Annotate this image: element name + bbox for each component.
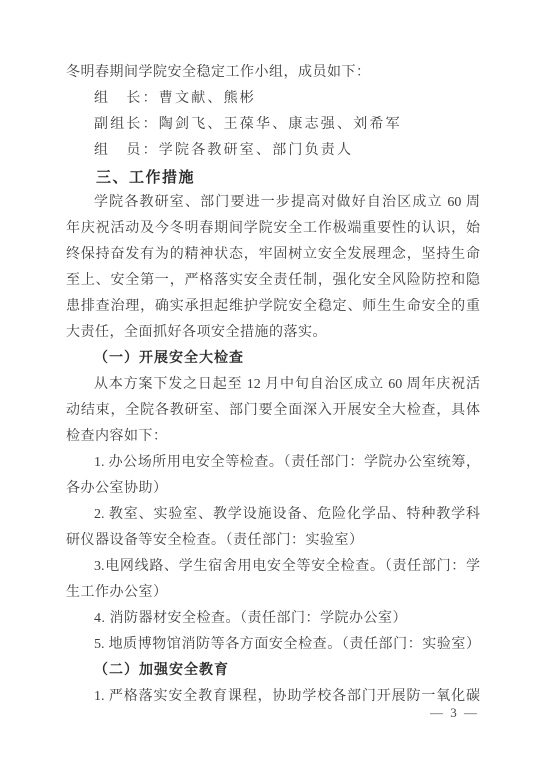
section-heading-work-measures: 三、工作措施 (66, 164, 480, 190)
list-item-1-line: 各办公室协助） (66, 476, 480, 502)
list-item-3-line: 3.电网线路、学生宿舍用电安全等安全检查。（责任部门：学 (66, 554, 480, 580)
roster-line-deputy-leaders: 副组长：陶剑飞、王葆华、康志强、刘希军 (66, 112, 480, 138)
list-item-1-line: 1. 严格落实安全教育课程，协助学校各部门开展防一氧化碳 (66, 684, 480, 710)
body-line: 检查内容如下： (66, 424, 480, 450)
body-line: 学院各教研室、部门要进一步提高对做好自治区成立 60 周 (66, 190, 480, 216)
document-page: 冬明春期间学院安全稳定工作小组，成员如下： 组 长：曹文献、熊彬 副组长：陶剑飞… (0, 0, 543, 768)
list-item-5-line: 5. 地质博物馆消防等各方面安全检查。（责任部门：实验室） (66, 632, 480, 658)
body-line: 患排查治理，确实承担起维护学院安全稳定、师生生命安全的重 (66, 294, 480, 320)
document-body: 冬明春期间学院安全稳定工作小组，成员如下： 组 长：曹文献、熊彬 副组长：陶剑飞… (66, 60, 480, 710)
list-item-2-line: 2. 教室、实验室、教学设施设备、危险化学品、特种教学科 (66, 502, 480, 528)
roster-line-members: 组 员：学院各教研室、部门负责人 (66, 138, 480, 164)
body-line: 至上、安全第一，严格落实安全责任制，强化安全风险防控和隐 (66, 268, 480, 294)
subsection-heading-safety-education: （二）加强安全教育 (66, 658, 480, 684)
body-line: 终保持奋发有为的精神状态，牢固树立安全发展理念，坚持生命 (66, 242, 480, 268)
list-item-2-line: 研仪器设备等安全检查。（责任部门：实验室） (66, 528, 480, 554)
body-line: 年庆祝活动及今冬明春期间学院安全工作极端重要性的认识，始 (66, 216, 480, 242)
body-line: 从本方案下发之日起至 12 月中旬自治区成立 60 周年庆祝活 (66, 372, 480, 398)
body-line: 大责任，全面抓好各项安全措施的落实。 (66, 320, 480, 346)
body-line: 动结束，全院各教研室、部门要全面深入开展安全大检查，具体 (66, 398, 480, 424)
page-number: — 3 — (430, 705, 479, 721)
list-item-4-line: 4. 消防器材安全检查。（责任部门：学院办公室） (66, 606, 480, 632)
roster-line-leader: 组 长：曹文献、熊彬 (66, 86, 480, 112)
body-line: 冬明春期间学院安全稳定工作小组，成员如下： (66, 60, 480, 86)
list-item-1-line: 1. 办公场所用电安全等检查。（责任部门：学院办公室统筹， (66, 450, 480, 476)
subsection-heading-safety-inspection: （一）开展安全大检查 (66, 346, 480, 372)
list-item-3-line: 生工作办公室） (66, 580, 480, 606)
